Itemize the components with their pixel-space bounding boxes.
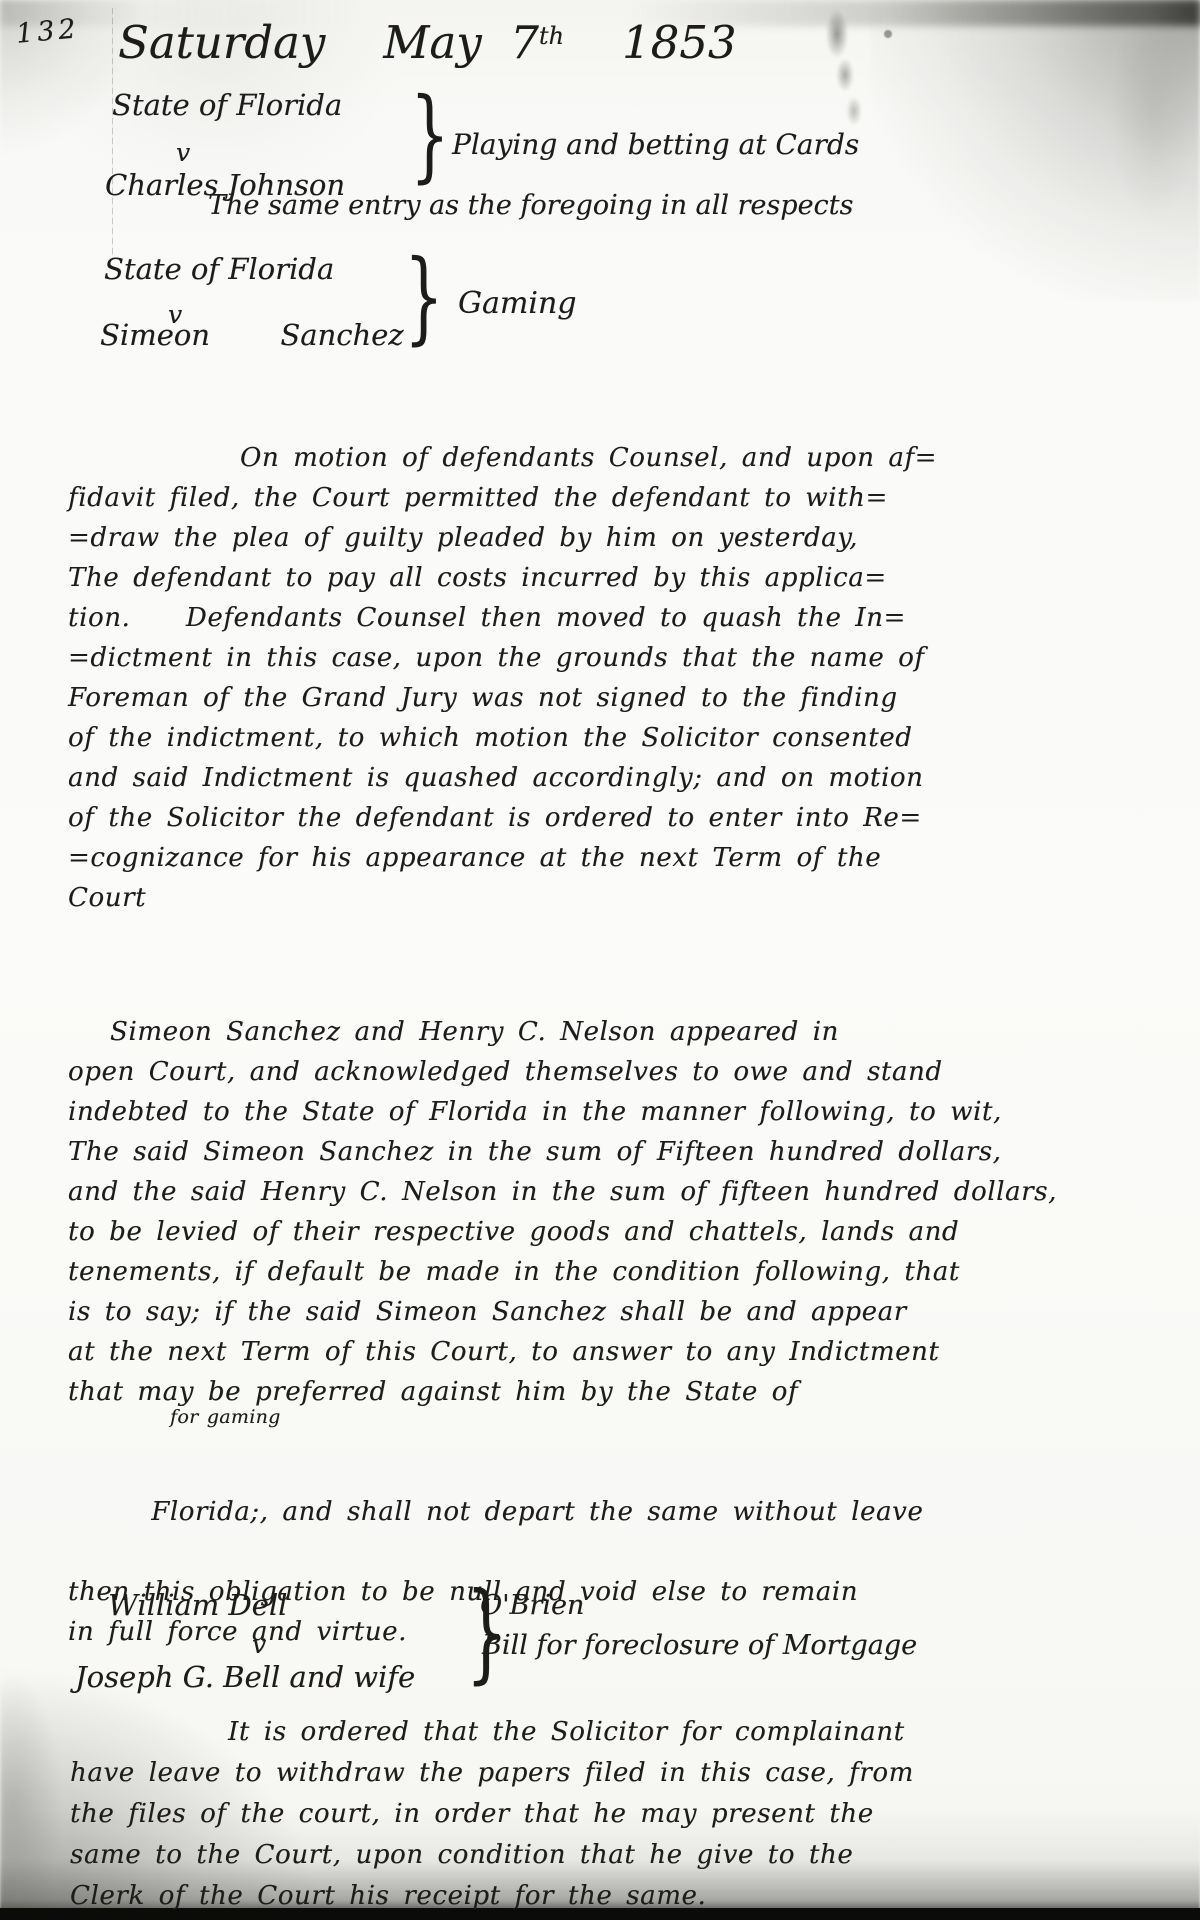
- heading-year: 1853: [622, 16, 737, 69]
- line-text: Florida;, and shall not depart the same …: [151, 1497, 923, 1527]
- manuscript-line: Simeon Sanchez and Henry C. Nelson appea…: [68, 1012, 1178, 1052]
- entry-note: The same entry as the foregoing in all r…: [208, 190, 853, 221]
- case-defendant: Joseph G. Bell and wife: [75, 1660, 415, 1694]
- ink-blot: [884, 30, 892, 38]
- order-paragraph-dell: It is ordered that the Solicitor for com…: [70, 1712, 1180, 1917]
- heading-ordinal: th: [539, 22, 564, 50]
- manuscript-line: Court: [68, 878, 1178, 918]
- manuscript-line: tenements, if default be made in the con…: [68, 1252, 1178, 1292]
- manuscript-line: same to the Court, upon condition that h…: [70, 1835, 1180, 1876]
- manuscript-line: at the next Term of this Court, to answe…: [68, 1332, 1178, 1372]
- manuscript-line: the files of the court, in order that he…: [70, 1794, 1180, 1835]
- manuscript-line: The defendant to pay all costs incurred …: [68, 558, 1178, 598]
- manuscript-line: is to say; if the said Simeon Sanchez sh…: [68, 1292, 1178, 1332]
- ink-blot: [846, 96, 862, 126]
- case-charge: Gaming: [458, 286, 576, 321]
- case-brace: }: [410, 76, 449, 193]
- manuscript-line: It is ordered that the Solicitor for com…: [70, 1712, 1180, 1753]
- case-plaintiff: State of Florida: [112, 88, 342, 122]
- heading-month-day: May 7th: [383, 16, 564, 69]
- manuscript-line: of the Solicitor the defendant is ordere…: [68, 798, 1178, 838]
- manuscript-line: have leave to withdraw the papers filed …: [70, 1753, 1180, 1794]
- manuscript-line: to be levied of their respective goods a…: [68, 1212, 1178, 1252]
- order-paragraph-sanchez: On motion of defendants Counsel, and upo…: [68, 438, 1178, 918]
- case-solicitor: O'Brien: [480, 1590, 584, 1621]
- ink-blot: [836, 58, 854, 92]
- manuscript-line: fidavit filed, the Court permitted the d…: [68, 478, 1178, 518]
- manuscript-line: Clerk of the Court his receipt for the s…: [70, 1876, 1180, 1917]
- case-plaintiff: State of Florida: [104, 252, 334, 286]
- case-plaintiff: William Dell: [108, 1588, 287, 1622]
- manuscript-line: Foreman of the Grand Jury was not signed…: [68, 678, 1178, 718]
- manuscript-line: On motion of defendants Counsel, and upo…: [68, 438, 1178, 478]
- manuscript-line: and said Indictment is quashed according…: [68, 758, 1178, 798]
- case-charge: Playing and betting at Cards: [452, 128, 859, 161]
- manuscript-line: tion. Defendants Counsel then moved to q…: [68, 598, 1178, 638]
- page-number: 132: [15, 13, 81, 49]
- manuscript-line: indebted to the State of Florida in the …: [68, 1092, 1178, 1132]
- manuscript-line: The said Simeon Sanchez in the sum of Fi…: [68, 1132, 1178, 1172]
- manuscript-line: open Court, and acknowledged themselves …: [68, 1052, 1178, 1092]
- interlineation-for-gaming: for gaming: [170, 1397, 281, 1437]
- manuscript-line: and the said Henry C. Nelson in the sum …: [68, 1172, 1178, 1212]
- case-matter: Bill for foreclosure of Mortgage: [482, 1630, 917, 1661]
- manuscript-line: =dictment in this case, upon the grounds…: [68, 638, 1178, 678]
- date-heading: Saturday May 7th 1853: [118, 16, 737, 69]
- case-versus: v: [252, 1630, 266, 1659]
- manuscript-line: of the indictment, to which motion the S…: [68, 718, 1178, 758]
- manuscript-scan-page: 132 Saturday May 7th 1853 State of Flori…: [0, 0, 1200, 1920]
- case-brace: }: [404, 238, 443, 355]
- scan-top-right-stain: [870, 0, 1200, 300]
- case-defendant: Simeon Sanchez: [100, 318, 404, 352]
- ink-blot: [826, 10, 848, 58]
- manuscript-line: =cognizance for his appearance at the ne…: [68, 838, 1178, 878]
- recognizance-paragraph: Simeon Sanchez and Henry C. Nelson appea…: [68, 1012, 1178, 1652]
- manuscript-line: =draw the plea of guilty pleaded by him …: [68, 518, 1178, 558]
- manuscript-line-with-interlineation: for gaming Florida;, and shall not depar…: [68, 1412, 1178, 1572]
- case-versus: v: [176, 138, 190, 167]
- margin-rule-line: [112, 8, 113, 260]
- heading-weekday: Saturday: [118, 16, 325, 69]
